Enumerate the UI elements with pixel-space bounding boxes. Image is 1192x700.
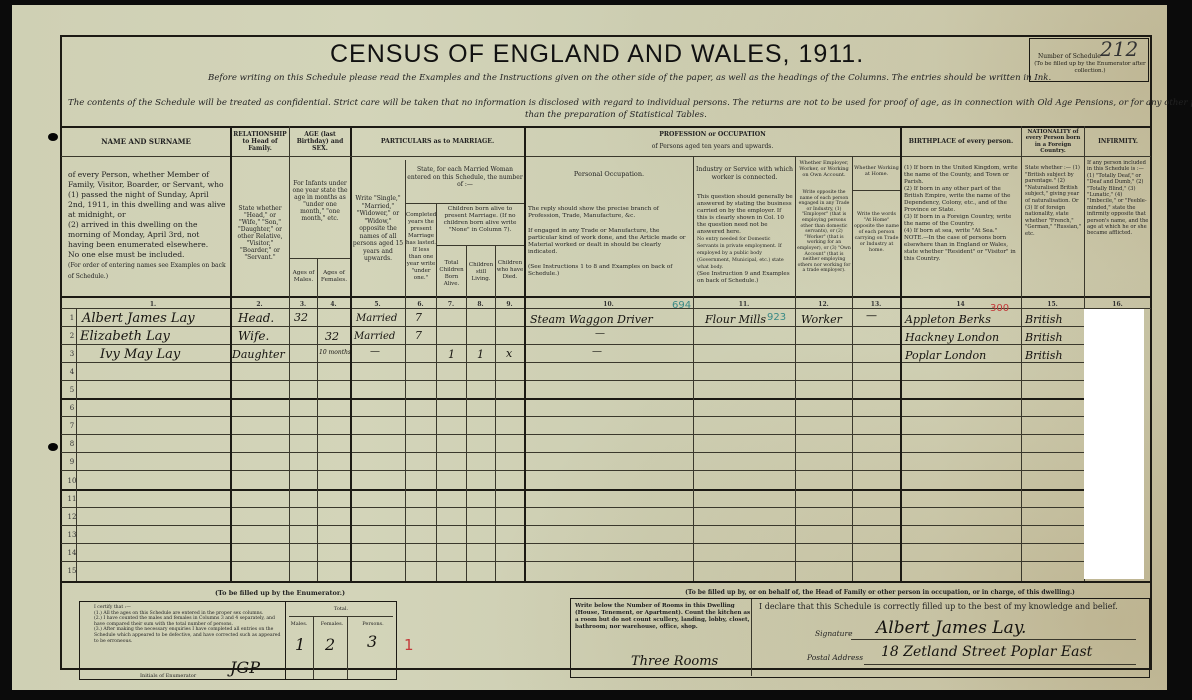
row-number: 10: [66, 477, 78, 485]
enumerator-initials[interactable]: JGP: [230, 658, 260, 677]
age-males-cell[interactable]: 32: [294, 311, 308, 324]
number-of-rooms[interactable]: Three Rooms: [631, 654, 718, 669]
column-header-marriage: PARTICULARS as to MARRIAGE.: [351, 127, 524, 156]
schedule-number-box: Number of Schedule 212 (To be filled up …: [1029, 38, 1149, 82]
column-header-birthplace: BIRTHPLACE of every person.: [901, 127, 1021, 156]
occupation-subheader: of Persons aged ten years and upwards.: [525, 143, 900, 151]
employer-label: Whether Employer, Worker, or Working on …: [796, 160, 852, 178]
row-number: 14: [66, 549, 78, 557]
schedule-number-label: Number of Schedule: [1038, 53, 1101, 60]
column-number: 3.: [289, 301, 317, 308]
relationship-cell[interactable]: Head.: [238, 311, 274, 325]
industry-code-annotation: 923: [767, 312, 786, 323]
children-living-label: Children still Living.: [467, 262, 495, 283]
column-number: 16.: [1084, 301, 1151, 308]
head-of-family-box: Write below the Number of Rooms in this …: [570, 598, 1150, 678]
name-column-instructions: of every Person, whether Member of Famil…: [68, 170, 226, 282]
red-tally-mark: 1: [404, 636, 414, 654]
birthplace-cell[interactable]: Hackney London: [905, 331, 999, 344]
row-number: 15: [66, 567, 78, 575]
males-label: Males.: [285, 620, 313, 628]
age-females-cell[interactable]: 32: [325, 330, 339, 343]
column-number: 6.: [405, 301, 436, 308]
marriage-condition-instructions: Write "Single," "Married," "Widower," or…: [352, 195, 404, 263]
punch-hole: [48, 133, 58, 141]
column-number: 1.: [76, 301, 230, 308]
confidential-line-2: than the preparation of Statistical Tabl…: [525, 110, 707, 120]
marriage-condition-cell[interactable]: Married: [354, 331, 395, 342]
married-woman-instructions: State, for each Married Woman entered on…: [407, 166, 523, 189]
column-header-nationality: NATIONALITY of every Person born in a Fo…: [1022, 127, 1084, 156]
enumerator-certification-box: I certify that :— (1.) All the ages on t…: [79, 601, 286, 680]
instructions-line: Before writing on this Schedule please r…: [208, 73, 1051, 83]
marriage-condition-cell[interactable]: Married: [356, 313, 397, 324]
column-number: 7.: [436, 301, 466, 308]
children-died-cell[interactable]: x: [506, 347, 512, 360]
column-number: 5.: [350, 301, 405, 308]
personal-occupation-cell[interactable]: —: [595, 328, 605, 339]
row-number: 1: [66, 314, 78, 322]
row-number: 2: [66, 332, 78, 340]
column-header-name: NAME AND SURNAME: [62, 127, 230, 156]
column-header-relationship: RELATIONSHIP to Head of Family.: [231, 127, 289, 156]
personal-occupation-cell[interactable]: Steam Waggon Driver: [530, 313, 653, 326]
column-number: 12.: [795, 301, 852, 308]
nationality-instructions: State whether :— (1) "British subject by…: [1025, 165, 1082, 238]
children-born-header: Children born alive to present Marriage.…: [437, 206, 523, 234]
punch-hole: [48, 443, 58, 451]
declaration-text: I declare that this Schedule is correctl…: [759, 603, 1139, 611]
relationship-cell[interactable]: Daughter: [232, 348, 285, 361]
page-title: CENSUS OF ENGLAND AND WALES, 1911.: [330, 40, 864, 69]
years-married-instructions: Completed years the present Marriage has…: [406, 212, 436, 282]
rooms-instructions: Write below the Number of Rooms in this …: [575, 603, 751, 631]
row-number: 9: [66, 458, 78, 466]
column-header-occupation: PROFESSION or OCCUPATION: [525, 128, 900, 142]
years-married-cell[interactable]: 7: [415, 311, 422, 324]
postal-address-value[interactable]: 18 Zetland Street Poplar East: [881, 644, 1092, 660]
nationality-cell[interactable]: British: [1025, 313, 1063, 326]
occupation-code-annotation: 694: [672, 300, 691, 311]
signature-label: Signature: [815, 630, 853, 638]
relationship-cell[interactable]: Wife.: [238, 329, 269, 343]
personal-occupation-label: Personal Occupation.: [526, 170, 692, 178]
column-number: 10.: [524, 301, 693, 308]
infirmity-instructions: If any person included in this Schedule …: [1087, 160, 1149, 237]
row-number: 11: [66, 495, 78, 503]
column-number: 2.: [230, 301, 289, 308]
children-total-cell[interactable]: 1: [448, 348, 455, 361]
age-females-cell[interactable]: 10 months: [319, 349, 351, 356]
females-label: Females.: [315, 620, 349, 628]
totals-box: Total. Males. Females. Persons. 1 2 3: [285, 601, 397, 680]
total-children-label: Total Children Born Alive.: [437, 260, 466, 288]
column-number: 15.: [1021, 301, 1084, 308]
row-number: 3: [66, 350, 78, 358]
birthplace-code-annotation: 300: [990, 303, 1009, 314]
schedule-number-value[interactable]: 212: [1100, 37, 1138, 61]
person-name[interactable]: Ivy May Lay: [100, 347, 180, 362]
years-married-cell[interactable]: 7: [415, 329, 422, 342]
personal-occupation-cell[interactable]: —: [592, 346, 602, 357]
head-of-family-heading: (To be filled up by, or on behalf of, th…: [610, 589, 1150, 597]
signature-value[interactable]: Albert James Lay.: [876, 618, 1026, 638]
person-name[interactable]: Elizabeth Lay: [80, 329, 170, 344]
redacted-infirmity-column: [1084, 309, 1144, 579]
column-number: 4.: [317, 301, 350, 308]
person-name[interactable]: Albert James Lay: [82, 311, 195, 326]
birthplace-cell[interactable]: Poplar London: [905, 349, 986, 362]
enumerator-heading: (To be filled up by the Enumerator.): [160, 589, 400, 597]
working-at-home-instructions: Write the words "At Home" opposite the n…: [854, 212, 899, 254]
total-persons[interactable]: 3: [367, 632, 377, 651]
column-number: 8.: [466, 301, 495, 308]
total-males[interactable]: 1: [295, 635, 305, 654]
industry-label: Industry or Service with which worker is…: [695, 166, 794, 181]
column-number: 13.: [852, 301, 900, 308]
column-number: 9.: [495, 301, 524, 308]
postal-address-label: Postal Address: [807, 654, 863, 662]
industry-cell[interactable]: Flour Mills: [705, 313, 766, 326]
birthplace-cell[interactable]: Appleton Berks: [905, 313, 991, 326]
birthplace-instructions: (1) If born in the United Kingdom, write…: [904, 165, 1019, 263]
column-header-age: AGE (last Birthday) and SEX.: [290, 127, 350, 156]
row-number: 4: [66, 368, 78, 376]
total-label: Total.: [285, 605, 397, 613]
column-number: 11.: [693, 301, 795, 308]
children-living-cell[interactable]: 1: [477, 348, 484, 361]
row-number: 5: [66, 386, 78, 394]
nationality-cell[interactable]: British: [1025, 331, 1063, 344]
relationship-instructions: State whether "Head," or "Wife," "Son," …: [233, 205, 287, 261]
marriage-condition-cell[interactable]: —: [370, 346, 380, 357]
initials-label: Initials of Enumerator: [140, 672, 196, 680]
row-number: 6: [66, 404, 78, 412]
row-number: 13: [66, 531, 78, 539]
row-number: 8: [66, 440, 78, 448]
row-number: 12: [66, 513, 78, 521]
enumerator-certification-text: I certify that :— (1.) All the ages on t…: [94, 605, 284, 644]
schedule-number-note: (To be filled up by the Enumerator after…: [1034, 61, 1146, 75]
ages-of-males-label: Ages of Males.: [290, 270, 317, 284]
column-header-infirmity: INFIRMITY.: [1085, 127, 1151, 156]
ages-of-females-label: Ages of Females.: [318, 270, 350, 284]
row-number: 7: [66, 422, 78, 430]
employer-status-cell[interactable]: Worker: [801, 313, 842, 326]
age-instructions: For Infants under one year state the age…: [292, 180, 348, 222]
children-died-label: Children who have Died.: [496, 260, 524, 281]
personal-occupation-instructions: The reply should show the precise branch…: [528, 206, 690, 278]
employer-instructions: Write opposite the name of each person e…: [797, 190, 851, 274]
nationality-cell[interactable]: British: [1025, 349, 1063, 362]
confidential-line: The contents of the Schedule will be tre…: [68, 98, 1192, 108]
industry-instructions: This question should generally be answer…: [697, 194, 793, 285]
working-at-home-label: Whether Working at Home.: [853, 165, 900, 177]
persons-label: Persons.: [349, 620, 397, 628]
working-at-home-cell[interactable]: —: [866, 309, 877, 322]
total-females[interactable]: 2: [325, 635, 335, 654]
